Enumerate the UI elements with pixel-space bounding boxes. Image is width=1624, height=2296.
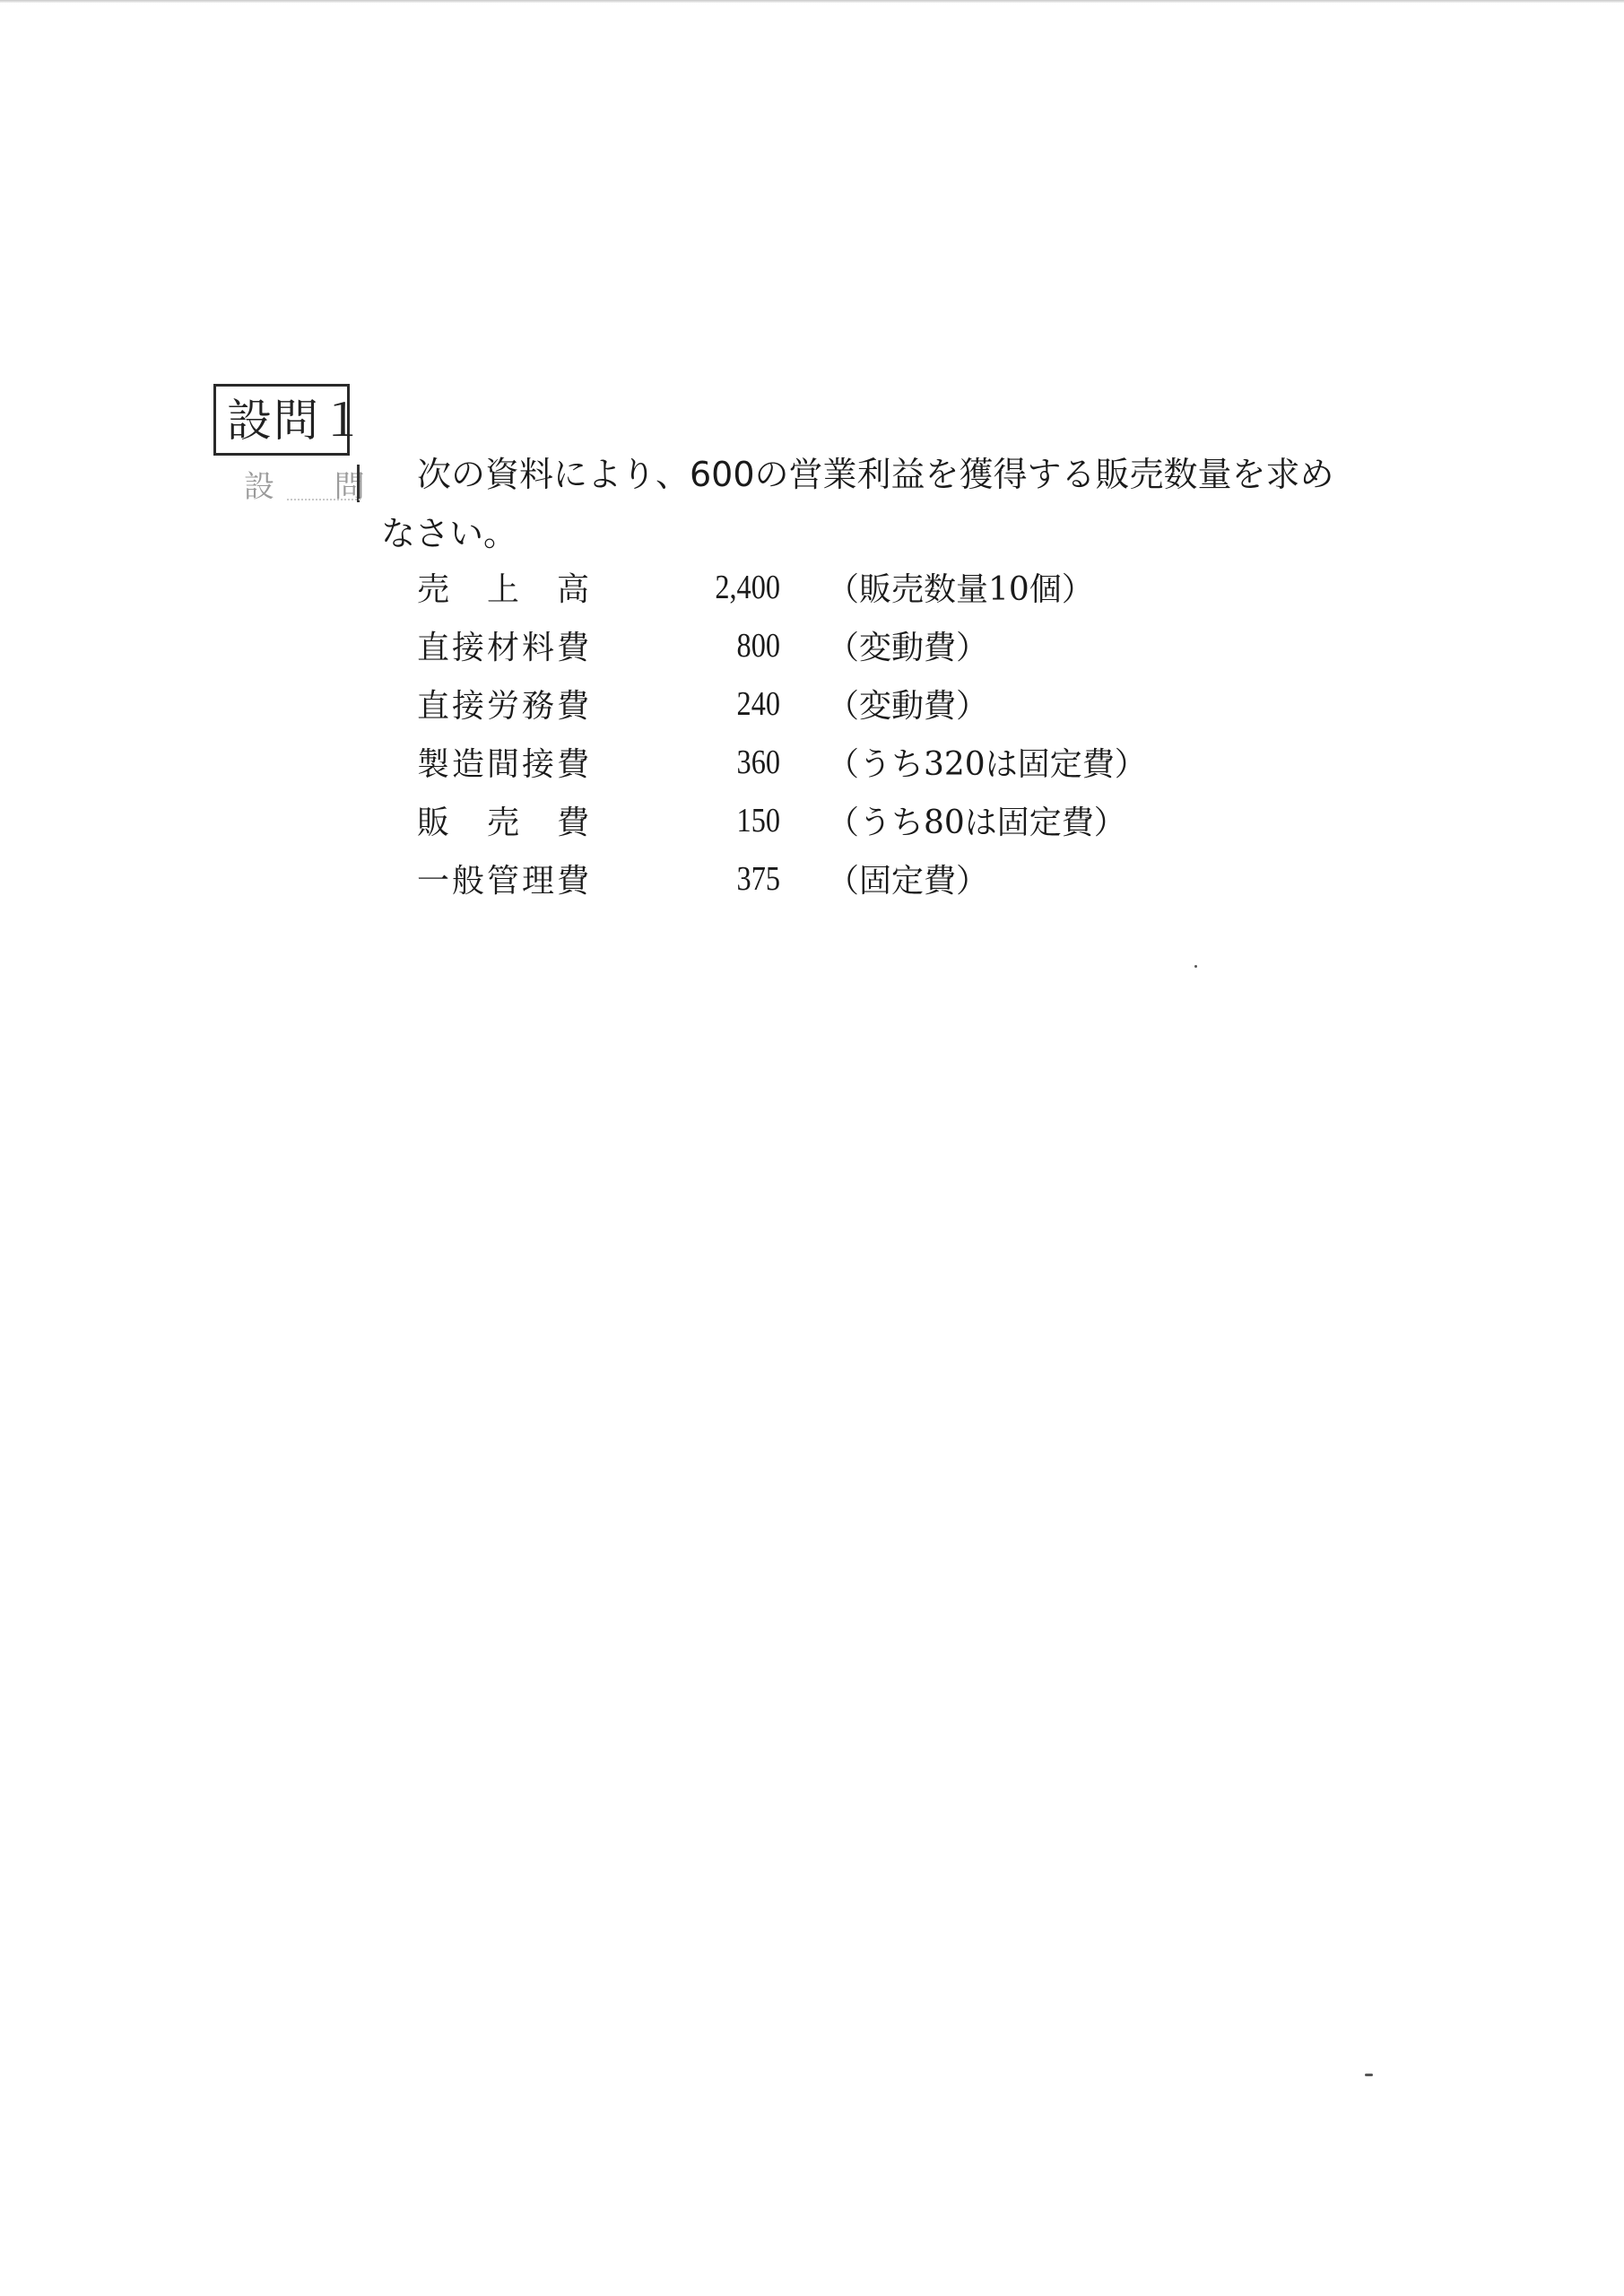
- table-row: 販売費 150 （うち80は固定費）: [417, 791, 1147, 849]
- row-amount: 800: [618, 616, 780, 674]
- row-amount: 360: [618, 733, 780, 791]
- row-label: 直接材料費: [417, 616, 589, 674]
- row-amount: 2,400: [618, 558, 780, 616]
- row-amount: 375: [618, 849, 780, 908]
- table-row: 一般管理費 375 （固定費）: [417, 849, 1147, 908]
- table-row: 直接労務費 240 （変動費）: [417, 674, 1147, 733]
- table-row: 製造間接費 360 （うち320は固定費）: [417, 733, 1147, 791]
- row-amount: 240: [618, 674, 780, 733]
- handwritten-question-box: 設問１: [213, 384, 350, 456]
- row-label: 販売費: [417, 791, 589, 849]
- row-label: 直接労務費: [417, 674, 589, 733]
- table-row: 売上高 2,400 （販売数量10個）: [417, 558, 1147, 616]
- row-label: 一般管理費: [417, 849, 589, 908]
- row-note: （うち80は固定費）: [780, 791, 1147, 849]
- row-note: （うち320は固定費）: [780, 733, 1147, 791]
- row-note: （固定費）: [780, 849, 1147, 908]
- margin-bar: [357, 465, 360, 502]
- cost-data-table: 売上高 2,400 （販売数量10個） 直接材料費 800 （変動費） 直接労務…: [417, 558, 1147, 908]
- row-amount: 150: [618, 791, 780, 849]
- question-line-2: なさい。: [381, 504, 1412, 563]
- question-text: 次の資料により、600の営業利益を獲得する販売数量を求め なさい。: [381, 445, 1412, 563]
- question-line-1: 次の資料により、600の営業利益を獲得する販売数量を求め: [381, 445, 1412, 504]
- row-note: （変動費）: [780, 674, 1147, 733]
- row-note: （販売数量10個）: [780, 558, 1147, 616]
- row-label: 製造間接費: [417, 733, 589, 791]
- scan-speck: [1365, 2074, 1373, 2076]
- handwritten-question-label: 設問１: [227, 392, 367, 449]
- scan-speck: [1194, 965, 1197, 968]
- faded-underline: [287, 499, 360, 500]
- row-label: 売上高: [417, 558, 589, 616]
- row-note: （変動費）: [780, 616, 1147, 674]
- scan-top-edge: [0, 0, 1624, 3]
- table-row: 直接材料費 800 （変動費）: [417, 616, 1147, 674]
